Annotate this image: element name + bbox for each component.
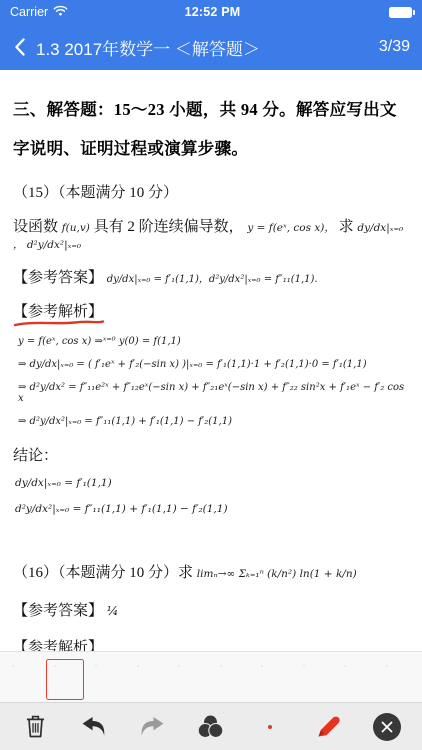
derivation-line: ⇒ dy/dx|ₓ₌₀ = ( f′₁eˣ + f′₂(−sin x) )|ₓ₌… (18, 359, 409, 370)
q15-stem: 设函数 f(u,v) 具有 2 阶连续偏导数， y = f(eˣ, cos x)… (13, 215, 409, 253)
conclusion-line: d²y/dx²|ₓ₌₀ = f″₁₁(1,1) + f′₁(1,1) − f′₂… (15, 503, 409, 515)
q15-stem-text: 具有 2 阶连续偏导数， (90, 219, 248, 235)
q15-stem-math: f(u,v) (62, 222, 90, 234)
q15-stem-text: 求 (335, 219, 358, 235)
navigation-bar: 1.3 2017年数学一 ＜解答题＞ 3/39 (0, 24, 422, 70)
pen-button[interactable] (308, 707, 348, 747)
color-palette-bar (0, 651, 422, 702)
q15-conclusion: dy/dx|ₓ₌₀ = f′₁(1,1) d²y/dx²|ₓ₌₀ = f″₁₁(… (15, 477, 409, 515)
carrier-label: Carrier (10, 5, 48, 19)
q16-heading: （16）（本题满分 10 分）求 (13, 565, 197, 581)
pencil-icon (315, 713, 342, 740)
annotation-toolbar (0, 702, 422, 750)
document-canvas[interactable]: 三、解答题：15～23 小题，共 94 分。解答应写出文字说明、证明过程或演算步… (0, 70, 422, 651)
trash-icon (26, 715, 45, 738)
brush-size-indicator[interactable] (250, 707, 290, 747)
color-swatch-yellow[interactable] (96, 666, 118, 688)
page-title: 1.3 2017年数学一 ＜解答题＞ (36, 35, 379, 60)
q16-stem-formula: limₙ→∞ Σₖ₌₁ⁿ (k/n²) ln(1 + k/n) (197, 568, 357, 580)
trash-button[interactable] (15, 707, 55, 747)
color-swatch-red-selected[interactable] (55, 666, 77, 688)
section-heading: 三、解答题：15～23 小题，共 94 分。解答应写出文字说明、证明过程或演算步… (13, 90, 409, 168)
q16-heading-row: （16）（本题满分 10 分）求 limₙ→∞ Σₖ₌₁ⁿ (k/n²) ln(… (13, 561, 409, 582)
color-swatch-gray[interactable] (387, 666, 409, 688)
close-icon (381, 721, 393, 733)
redo-icon (140, 716, 165, 737)
color-swatch-magenta[interactable] (345, 666, 367, 688)
page-indicator: 3/39 (379, 38, 410, 56)
q16-answer: 【参考答案】 ¼ (13, 599, 409, 620)
color-swatch-black[interactable] (13, 666, 35, 688)
derivation-line: y = f(eˣ, cos x) ⇒ˣ⁼⁰ y(0) = f(1,1) (18, 336, 409, 347)
battery-icon (389, 7, 412, 18)
back-button[interactable] (12, 36, 28, 58)
analysis-label: 【参考解析】 (13, 636, 409, 651)
undo-button[interactable] (74, 707, 114, 747)
q15-derivation: y = f(eˣ, cos x) ⇒ˣ⁼⁰ y(0) = f(1,1) ⇒ dy… (18, 336, 409, 427)
q15-stem-math: y = f(eˣ, cos x)， (247, 222, 334, 234)
conclusion-label: 结论： (13, 444, 409, 465)
app-window: Carrier 12:52 PM 1.3 2017年 (0, 0, 422, 750)
q16-answer-value: ¼ (107, 604, 119, 618)
conclusion-line: dy/dx|ₓ₌₀ = f′₁(1,1) (15, 477, 409, 489)
q15-stem-text: 设函数 (13, 219, 62, 235)
derivation-line: ⇒ d²y/dx² = f″₁₁e²ˣ + f″₁₂eˣ(−sin x) + f… (18, 382, 409, 404)
chevron-left-icon (12, 36, 28, 58)
color-swatch-green[interactable] (221, 666, 243, 688)
color-wheel-icon (197, 714, 224, 739)
q15-analysis: 【参考解析】 (13, 300, 409, 321)
q15-answer: 【参考答案】 dy/dx|ₓ₌₀ = f′₁(1,1)，d²y/dx²|ₓ₌₀ … (13, 266, 409, 287)
redo-button[interactable] (132, 707, 172, 747)
brush-size-dot-icon (268, 725, 272, 729)
clock: 12:52 PM (130, 5, 295, 19)
q15-heading: （15）（本题满分 10 分） (13, 181, 409, 202)
color-swatch-maroon[interactable] (304, 666, 326, 688)
color-swatch-cyan[interactable] (179, 666, 201, 688)
q15-answer-formula: dy/dx|ₓ₌₀ = f′₁(1,1)，d²y/dx²|ₓ₌₀ = f″₁₁(… (107, 274, 318, 285)
answer-label: 【参考答案】 (13, 270, 103, 286)
color-swatch-blue[interactable] (138, 666, 160, 688)
answer-label: 【参考答案】 (13, 603, 103, 619)
color-wheel-button[interactable] (191, 707, 231, 747)
header: Carrier 12:52 PM 1.3 2017年 (0, 0, 422, 70)
selection-outline (46, 659, 84, 700)
red-underline-annotation (13, 318, 105, 328)
close-button[interactable] (367, 707, 407, 747)
undo-icon (81, 716, 106, 737)
wifi-icon (53, 5, 68, 19)
derivation-line: ⇒ d²y/dx²|ₓ₌₀ = f″₁₁(1,1) + f′₁(1,1) − f… (18, 416, 409, 427)
color-swatch-purple[interactable] (262, 666, 284, 688)
status-bar: Carrier 12:52 PM (0, 0, 422, 24)
